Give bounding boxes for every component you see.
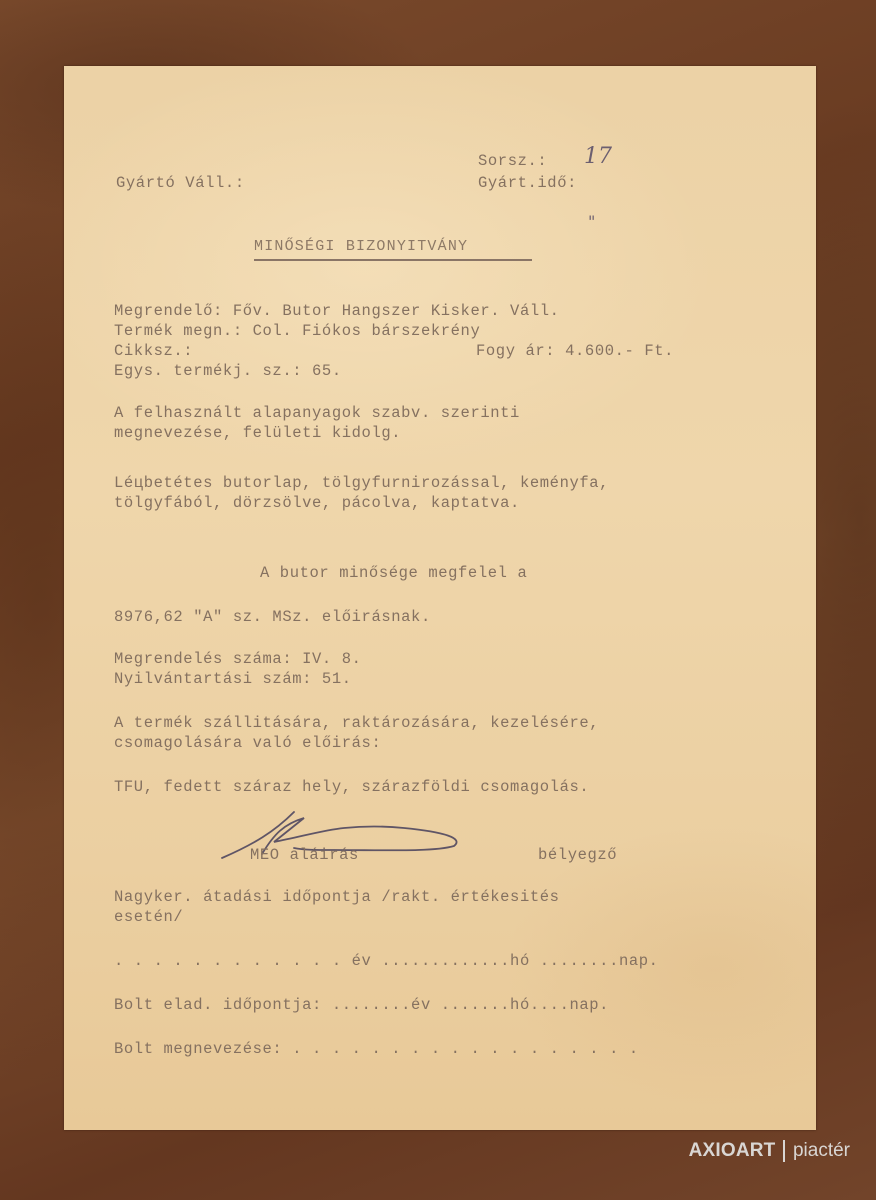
shop-name-line: Bolt megnevezése: . . . . . . . . . . . …	[114, 1040, 639, 1058]
watermark-separator	[783, 1140, 785, 1162]
wholesale-line-1: Nagyker. átadási időpontja /rakt. értéke…	[114, 888, 560, 906]
materials-line-1: Léцbetétes butorlap, tölgyfurnirozással,…	[114, 474, 609, 492]
shop-sale-date-line: Bolt elad. időpontja: ........év .......…	[114, 996, 609, 1014]
watermark-section: piactér	[793, 1140, 850, 1162]
stamp-label: bélyegző	[538, 846, 617, 864]
manufacturer-label: Gyártó Váll.:	[116, 174, 245, 192]
product-name-line: Termék megn.: Col. Fiókos bárszekrény	[114, 322, 480, 340]
title-underline	[254, 259, 532, 261]
materials-heading-1: A felhasznált alapanyagok szabv. szerint…	[114, 404, 520, 422]
product-number-line: Egys. termékj. sz.: 65.	[114, 362, 342, 380]
signature-label: MEO aláirás	[250, 846, 359, 864]
watermark-brand: AXIOART	[689, 1140, 776, 1162]
customer-line: Megrendelő: Főv. Butor Hangszer Kisker. …	[114, 302, 560, 320]
wholesale-date-line: . . . . . . . . . . . . év .............…	[114, 952, 659, 970]
item-number-label: Cikksz.:	[114, 342, 193, 360]
handling-value: TFU, fedett száraz hely, szárazföldi cso…	[114, 778, 589, 796]
document-title: MINŐSÉGI BIZONYITVÁNY	[254, 238, 468, 255]
watermark: AXIOART piactér	[689, 1140, 850, 1162]
registry-number-line: Nyilvántartási szám: 51.	[114, 670, 352, 688]
production-time-label: Gyárt.idő:	[478, 174, 577, 192]
certificate-paper: Gyártó Váll.: Sorsz.: 17 Gyárt.idő: " MI…	[64, 66, 816, 1130]
conformity-line-1: A butor minősége megfelel a	[260, 564, 527, 582]
handling-line-2: csomagolására való előirás:	[114, 734, 381, 752]
conformity-line-2: 8976,62 "A" sz. MSz. előirásnak.	[114, 608, 431, 626]
wholesale-line-2: esetén/	[114, 908, 183, 926]
materials-line-2: tölgyfából, dörzsölve, pácolva, kaptatva…	[114, 494, 520, 512]
serial-label: Sorsz.:	[478, 152, 547, 170]
order-number-line: Megrendelés száma: IV. 8.	[114, 650, 362, 668]
handling-line-1: A termék szállitására, raktározására, ke…	[114, 714, 599, 732]
production-time-ditto: "	[588, 212, 595, 231]
serial-value-handwritten: 17	[584, 144, 612, 169]
consumer-price: Fogy ár: 4.600.- Ft.	[476, 342, 674, 360]
materials-heading-2: megnevezése, felületi kidolg.	[114, 424, 401, 442]
